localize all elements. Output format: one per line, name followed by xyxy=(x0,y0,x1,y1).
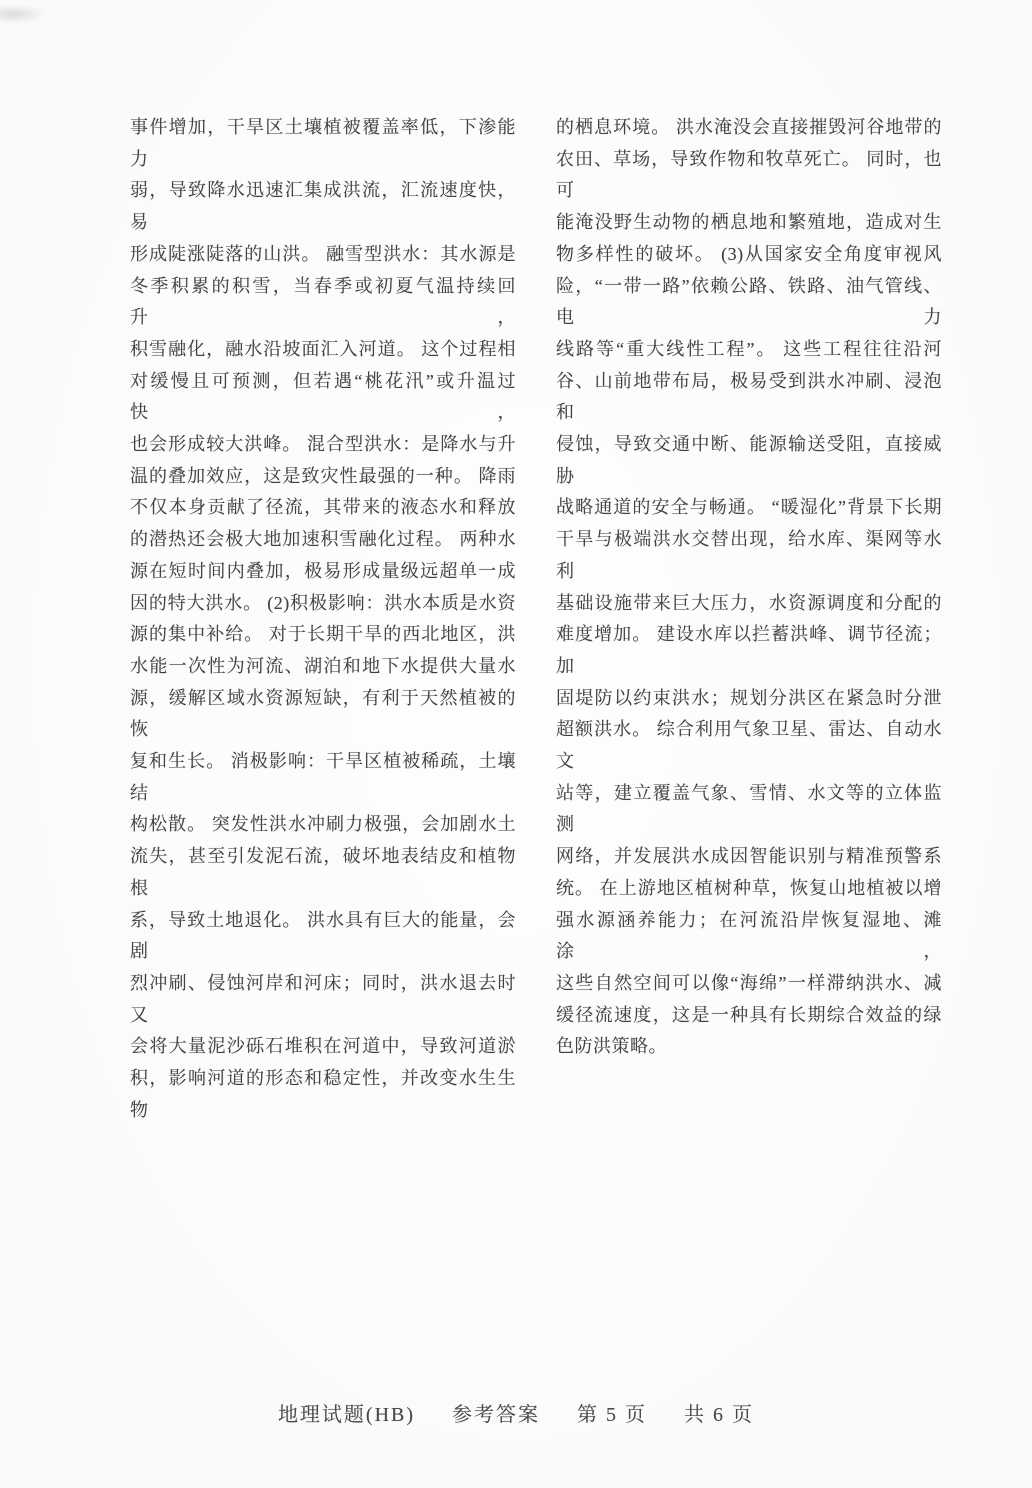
text-line: 对缓慢且可预测，但若遇“桃花汛”或升温过快， xyxy=(130,366,516,429)
text-line: 形成陡涨陡落的山洪。 融雪型洪水：其水源是 xyxy=(130,239,516,271)
text-line: 复和生长。 消极影响：干旱区植被稀疏，土壤结 xyxy=(130,746,516,809)
text-line: 水能一次性为河流、湖泊和地下水提供大量水 xyxy=(130,651,516,683)
text-line: 也会形成较大洪峰。 混合型洪水：是降水与升 xyxy=(130,429,516,461)
text-line: 能淹没野生动物的栖息地和繁殖地，造成对生 xyxy=(556,207,942,239)
text-line: 冬季积累的积雪，当春季或初夏气温持续回升， xyxy=(130,271,516,334)
text-line: 色防洪策略。 xyxy=(556,1031,942,1063)
footer-answer-label: 参考答案 xyxy=(452,1398,540,1427)
scanned-answer-page: 事件增加，干旱区土壤植被覆盖率低，下渗能力弱，导致降水迅速汇集成洪流，汇流速度快… xyxy=(0,0,1032,1488)
text-line: 险，“一带一路”依赖公路、铁路、油气管线、电力 xyxy=(556,271,942,334)
text-line: 积雪融化，融水沿坡面汇入河道。 这个过程相 xyxy=(130,334,516,366)
footer-page-total: 共 6 页 xyxy=(684,1398,754,1427)
text-line: 这些自然空间可以像“海绵”一样滞纳洪水、减 xyxy=(556,968,942,1000)
text-line: 的潜热还会极大地加速积雪融化过程。 两种水 xyxy=(130,524,516,556)
footer-exam-title: 地理试题(HB) xyxy=(278,1398,415,1427)
text-line: 弱，导致降水迅速汇集成洪流，汇流速度快，易 xyxy=(130,175,516,238)
scan-artifact xyxy=(0,4,46,24)
left-text-column: 事件增加，干旱区土壤植被覆盖率低，下渗能力弱，导致降水迅速汇集成洪流，汇流速度快… xyxy=(130,112,516,1127)
answer-text-body: 事件增加，干旱区土壤植被覆盖率低，下渗能力弱，导致降水迅速汇集成洪流，汇流速度快… xyxy=(130,112,942,1127)
text-line: 侵蚀，导致交通中断、能源输送受阻，直接威胁 xyxy=(556,429,942,492)
text-line: 站等，建立覆盖气象、雪情、水文等的立体监测 xyxy=(556,778,942,841)
text-line: 流失，甚至引发泥石流，破坏地表结皮和植物根 xyxy=(130,841,516,904)
text-line: 的栖息环境。 洪水淹没会直接摧毁河谷地带的 xyxy=(556,112,942,144)
text-line: 超额洪水。 综合利用气象卫星、雷达、自动水文 xyxy=(556,714,942,777)
text-line: 基础设施带来巨大压力，水资源调度和分配的 xyxy=(556,588,942,620)
text-line: 干旱与极端洪水交替出现，给水库、渠网等水利 xyxy=(556,524,942,587)
text-line: 谷、山前地带布局，极易受到洪水冲刷、浸泡和 xyxy=(556,366,942,429)
text-line: 难度增加。 建设水库以拦蓄洪峰、调节径流；加 xyxy=(556,619,942,682)
text-line: 强水源涵养能力；在河流沿岸恢复湿地、滩涂， xyxy=(556,905,942,968)
text-line: 构松散。 突发性洪水冲刷力极强，会加剧水土 xyxy=(130,809,516,841)
text-line: 源在短时间内叠加，极易形成量级远超单一成 xyxy=(130,556,516,588)
text-line: 固堤防以约束洪水；规划分洪区在紧急时分泄 xyxy=(556,683,942,715)
text-line: 源的集中补给。 对于长期干旱的西北地区，洪 xyxy=(130,619,516,651)
text-line: 因的特大洪水。 (2)积极影响：洪水本质是水资 xyxy=(130,588,516,620)
text-line: 温的叠加效应，这是致灾性最强的一种。 降雨 xyxy=(130,461,516,493)
text-line: 线路等“重大线性工程”。 这些工程往往沿河 xyxy=(556,334,942,366)
text-line: 事件增加，干旱区土壤植被覆盖率低，下渗能力 xyxy=(130,112,516,175)
text-line: 物多样性的破坏。 (3)从国家安全角度审视风 xyxy=(556,239,942,271)
text-line: 统。 在上游地区植树种草，恢复山地植被以增 xyxy=(556,873,942,905)
text-line: 农田、草场，导致作物和牧草死亡。 同时，也可 xyxy=(556,144,942,207)
text-line: 不仅本身贡献了径流，其带来的液态水和释放 xyxy=(130,492,516,524)
text-line: 会将大量泥沙砾石堆积在河道中，导致河道淤 xyxy=(130,1031,516,1063)
footer-page-number: 第 5 页 xyxy=(577,1398,647,1427)
text-line: 烈冲刷、侵蚀河岸和河床；同时，洪水退去时又 xyxy=(130,968,516,1031)
text-line: 源，缓解区域水资源短缺，有利于天然植被的恢 xyxy=(130,683,516,746)
text-line: 系，导致土地退化。 洪水具有巨大的能量，会剧 xyxy=(130,905,516,968)
text-line: 网络，并发展洪水成因智能识别与精准预警系 xyxy=(556,841,942,873)
text-line: 缓径流速度，这是一种具有长期综合效益的绿 xyxy=(556,1000,942,1032)
text-line: 积，影响河道的形态和稳定性，并改变水生生物 xyxy=(130,1063,516,1126)
page-footer: 地理试题(HB) 参考答案 第 5 页 共 6 页 xyxy=(0,1398,1032,1427)
text-line: 战略通道的安全与畅通。 “暖湿化”背景下长期 xyxy=(556,492,942,524)
right-text-column: 的栖息环境。 洪水淹没会直接摧毁河谷地带的农田、草场，导致作物和牧草死亡。 同时… xyxy=(556,112,942,1127)
